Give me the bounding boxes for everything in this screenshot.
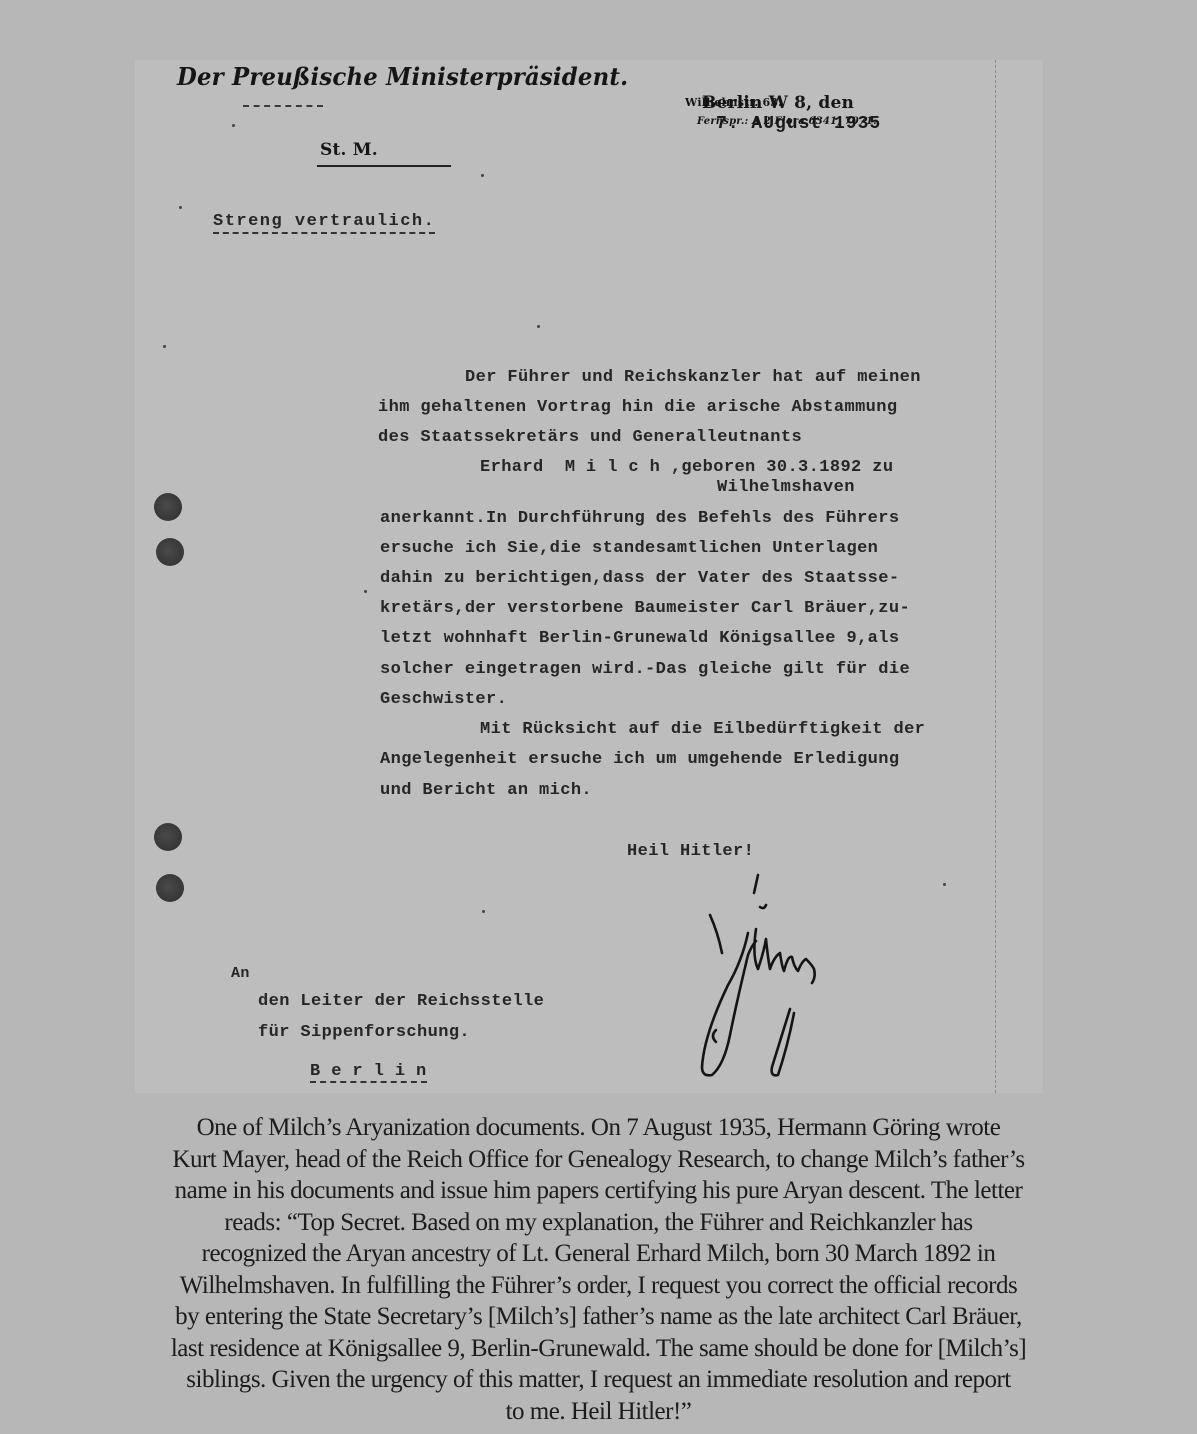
recipient-prefix: An [231,965,250,982]
recipient-city: B e r l i n [310,1062,427,1083]
body-line: Angelegenheit ersuche ich um umgehende E… [380,750,899,769]
body-line: Mit Rücksicht auf die Eilbedürftigkeit d… [480,720,925,739]
body-line: ersuche ich Sie,die standesamtlichen Unt… [380,539,878,558]
ink-speck [537,325,540,328]
figure-caption: One of Milch’s Aryanization documents. O… [40,1112,1157,1427]
ink-speck [481,174,484,177]
binder-hole [156,874,184,902]
reference-underline [317,165,451,167]
binder-hole [154,493,182,521]
body-line: solcher eingetragen wird.-Das gleiche gi… [380,660,910,679]
ink-speck [163,345,166,348]
document-scan: Der Preußische Ministerpräsident. St. M.… [135,60,1043,1093]
page-edge-perforation [995,60,996,1093]
binder-hole [154,823,182,851]
body-line: ihm gehaltenen Vortrag hin die arische A… [378,398,897,417]
ink-speck [232,124,235,127]
recipient-line-2: für Sippenforschung. [258,1023,470,1042]
letterhead-title: Der Preußische Ministerpräsident. [177,62,628,91]
caption-line: reads: “Top Secret. Based on my explanat… [40,1207,1157,1239]
letterhead-divider [243,105,323,107]
body-line: Der Führer und Reichskanzler hat auf mei… [465,368,921,387]
body-line: und Bericht an mich. [380,781,592,800]
body-line: anerkannt.In Durchführung des Befehls de… [380,509,899,528]
ink-speck [364,590,367,593]
caption-line: by entering the State Secretary’s [Milch… [40,1301,1157,1333]
closing: Heil Hitler! [627,842,754,861]
caption-line: name in his documents and issue him pape… [40,1175,1157,1207]
body-line: letzt wohnhaft Berlin-Grunewald Königsal… [380,629,899,648]
body-line: dahin zu berichtigen,dass der Vater des … [380,569,899,588]
ink-speck [482,910,485,913]
caption-line: Wilhelmshaven. In fulfilling the Führer’… [40,1270,1157,1302]
body-line: kretärs,der verstorbene Baumeister Carl … [380,599,910,618]
body-line: Wilhelmshaven [717,478,855,497]
caption-line: last residence at Königsallee 9, Berlin-… [40,1333,1157,1365]
body-line: des Staatssekretärs und Generalleutnants [378,428,802,447]
signature-icon [680,865,850,1080]
caption-line: recognized the Aryan ancestry of Lt. Gen… [40,1238,1157,1270]
caption-line: Kurt Mayer, head of the Reich Office for… [40,1144,1157,1176]
caption-line: One of Milch’s Aryanization documents. O… [40,1112,1157,1144]
classification-heading: Streng vertraulich. [213,212,435,234]
binder-hole [156,538,184,566]
letterhead-street: Wilhelmstr. 63. [685,96,782,109]
reference-mark: St. M. [320,140,378,160]
letterhead-place-date: Berlin W 8, den 7. AUgust 1935 [685,73,881,154]
ink-speck [179,206,182,209]
body-line: Geschwister. [380,690,507,709]
caption-line: siblings. Given the urgency of this matt… [40,1364,1157,1396]
caption-line: to me. Heil Hitler!” [40,1396,1157,1428]
body-line: Erhard M i l c h ,geboren 30.3.1892 zu [480,458,893,477]
recipient-line-1: den Leiter der Reichsstelle [258,992,544,1011]
ink-speck [943,883,946,886]
letterhead-phone: Fernspr.: A 2 Flora 6341, 7071. [697,116,877,127]
